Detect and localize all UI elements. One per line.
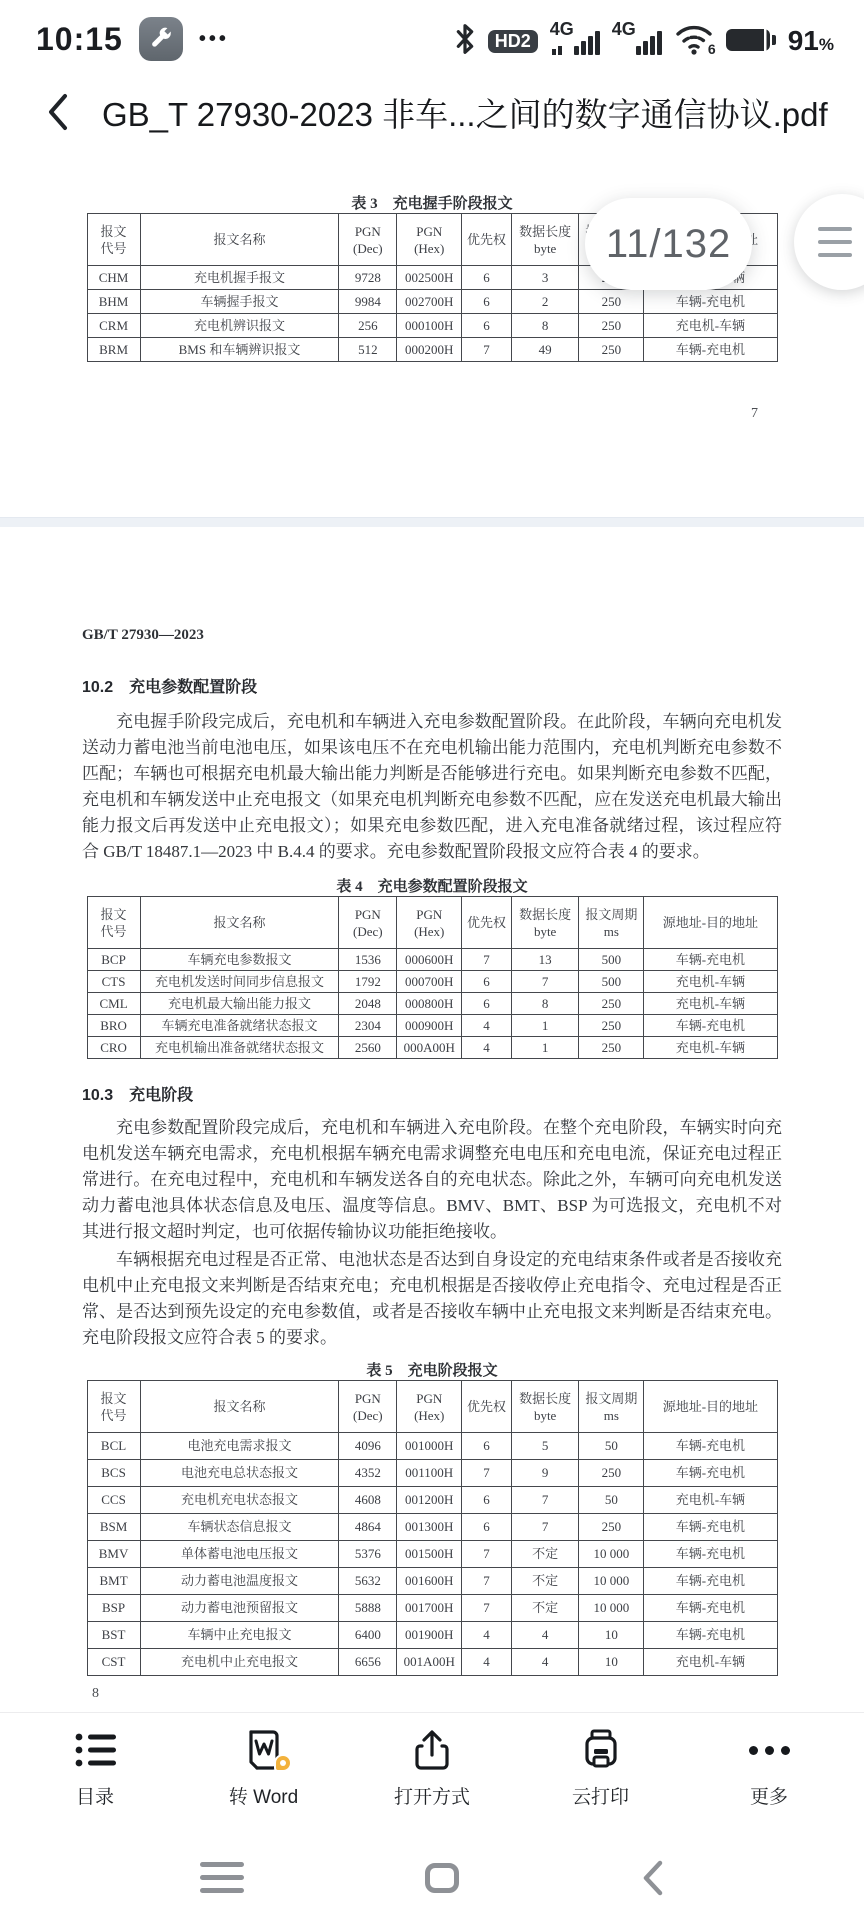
share-open-icon bbox=[408, 1726, 456, 1774]
table-cell: 001300H bbox=[397, 1514, 462, 1541]
toolbar-item-to-word[interactable]: 转 Word bbox=[209, 1726, 319, 1835]
column-header: 数据长度 byte bbox=[511, 214, 579, 266]
table-cell: BST bbox=[87, 1622, 140, 1649]
table-cell: 001500H bbox=[397, 1541, 462, 1568]
table-cell: 充电机-车辆 bbox=[644, 971, 777, 993]
table-cell: 充电机-车辆 bbox=[644, 1037, 777, 1059]
table-cell: CRM bbox=[87, 314, 140, 338]
table-cell: 7 bbox=[511, 1514, 579, 1541]
table-cell: 6 bbox=[462, 1487, 512, 1514]
table-cell: 2304 bbox=[339, 1015, 397, 1037]
table-cell: BHM bbox=[87, 290, 140, 314]
table-cell: 单体蓄电池电压报文 bbox=[140, 1541, 339, 1568]
table-row: BCL电池充电需求报文4096001000H6550车辆-充电机 bbox=[87, 1433, 777, 1460]
table-cell: BSP bbox=[87, 1595, 140, 1622]
table-cell: BCL bbox=[87, 1433, 140, 1460]
toolbar-item-more[interactable]: 更多 bbox=[714, 1726, 824, 1835]
table-cell: 充电机-车辆 bbox=[644, 1649, 777, 1676]
table-cell: 充电机辨识报文 bbox=[140, 314, 339, 338]
table-cell: 9 bbox=[511, 1460, 579, 1487]
table-cell: 1 bbox=[511, 1037, 579, 1059]
table-cell: CST bbox=[87, 1649, 140, 1676]
document-title: GB_T 27930-2023 非车...之间的数字通信协议.pdf bbox=[102, 89, 828, 136]
table-cell: 250 bbox=[579, 290, 644, 314]
table-cell: 256 bbox=[339, 314, 397, 338]
table-cell: 充电机充电状态报文 bbox=[140, 1487, 339, 1514]
table-cell: 车辆-充电机 bbox=[644, 1568, 777, 1595]
table-cell: 车辆-充电机 bbox=[644, 1460, 777, 1487]
table-cell: 500 bbox=[579, 971, 644, 993]
table-cell: 10 000 bbox=[579, 1595, 644, 1622]
toolbar-item-cloud-print[interactable]: 云打印 bbox=[546, 1726, 656, 1835]
status-more-dots: ••• bbox=[199, 28, 229, 51]
column-header: 优先权 bbox=[462, 1381, 512, 1433]
table-cell: BCS bbox=[87, 1460, 140, 1487]
table-row: BRO车辆充电准备就绪状态报文2304000900H41250车辆-充电机 bbox=[87, 1015, 777, 1037]
pdf-page-8: GB/T 27930—2023 10.2 充电参数配置阶段 充电握手阶段完成后，… bbox=[0, 527, 864, 1712]
table-cell: 4352 bbox=[339, 1460, 397, 1487]
page8-number: 8 bbox=[82, 1686, 782, 1702]
table-cell: 动力蓄电池温度报文 bbox=[140, 1568, 339, 1595]
status-time: 10:15 bbox=[36, 21, 123, 58]
wrench-icon bbox=[148, 26, 174, 52]
table-cell: 250 bbox=[579, 1514, 644, 1541]
table-cell: 6 bbox=[462, 290, 512, 314]
table-cell: 车辆充电参数报文 bbox=[140, 949, 339, 971]
table-cell: 车辆中止充电报文 bbox=[140, 1622, 339, 1649]
table4-config-stage-messages: 报文 代号报文名称PGN (Dec)PGN (Hex)优先权数据长度 byte报… bbox=[87, 896, 778, 1059]
table-row: BRMBMS 和车辆辨识报文512000200H749250车辆-充电机 bbox=[87, 338, 777, 362]
premium-badge bbox=[274, 1754, 292, 1772]
table-cell: BMS 和车辆辨识报文 bbox=[140, 338, 339, 362]
page7-number: 7 bbox=[82, 406, 782, 422]
column-header: PGN (Dec) bbox=[339, 214, 397, 266]
table-cell: 000200H bbox=[397, 338, 462, 362]
table-cell: 000900H bbox=[397, 1015, 462, 1037]
column-header: PGN (Hex) bbox=[397, 897, 462, 949]
table-cell: 1536 bbox=[339, 949, 397, 971]
table-cell: CTS bbox=[87, 971, 140, 993]
tools-app-icon bbox=[139, 17, 183, 61]
table-cell: 001A00H bbox=[397, 1649, 462, 1676]
table-cell: 7 bbox=[462, 949, 512, 971]
table-cell: 6656 bbox=[339, 1649, 397, 1676]
table-cell: 6 bbox=[462, 1514, 512, 1541]
table-row: CST充电机中止充电报文6656001A00H4410充电机-车辆 bbox=[87, 1649, 777, 1676]
battery-percent: 91% bbox=[788, 25, 834, 57]
table-cell: 6 bbox=[462, 971, 512, 993]
column-header: 优先权 bbox=[462, 214, 512, 266]
table-cell: 3 bbox=[511, 266, 579, 290]
table-cell: 2048 bbox=[339, 993, 397, 1015]
column-header: 报文名称 bbox=[140, 897, 339, 949]
table-cell: 车辆-充电机 bbox=[644, 1514, 777, 1541]
more-icon bbox=[749, 1726, 790, 1774]
table-cell: 车辆-充电机 bbox=[644, 338, 777, 362]
table-cell: 001000H bbox=[397, 1433, 462, 1460]
table-cell: 13 bbox=[511, 949, 579, 971]
table-cell: 000600H bbox=[397, 949, 462, 971]
table-row: BSM车辆状态信息报文4864001300H67250车辆-充电机 bbox=[87, 1514, 777, 1541]
table-cell: 充电机-车辆 bbox=[644, 314, 777, 338]
toc-list-icon bbox=[71, 1726, 119, 1774]
column-header: 报文名称 bbox=[140, 214, 339, 266]
table-cell: 512 bbox=[339, 338, 397, 362]
table-cell: 6 bbox=[462, 993, 512, 1015]
table-cell: 001900H bbox=[397, 1622, 462, 1649]
table-row: CRO充电机输出准备就绪状态报文2560000A00H41250充电机-车辆 bbox=[87, 1037, 777, 1059]
column-header: PGN (Hex) bbox=[397, 214, 462, 266]
table-cell: 7 bbox=[462, 1460, 512, 1487]
table-cell: 充电机-车辆 bbox=[644, 1487, 777, 1514]
table-cell: 充电机握手报文 bbox=[140, 266, 339, 290]
table-cell: 7 bbox=[462, 1541, 512, 1568]
table-cell: 4 bbox=[511, 1649, 579, 1676]
table-cell: 电池充电总状态报文 bbox=[140, 1460, 339, 1487]
section-10-3-paragraph-2: 车辆根据充电过程是否正常、电池状态是否达到自身设定的充电结束条件或者是否接收充电… bbox=[82, 1247, 782, 1351]
column-header: 报文 代号 bbox=[87, 897, 140, 949]
column-header: 数据长度 byte bbox=[511, 897, 579, 949]
table-cell: 000800H bbox=[397, 993, 462, 1015]
table-row: CML充电机最大输出能力报文2048000800H68250充电机-车辆 bbox=[87, 993, 777, 1015]
column-header: 源地址-目的地址 bbox=[644, 897, 777, 949]
table-cell: 250 bbox=[579, 1037, 644, 1059]
table-cell: 充电机中止充电报文 bbox=[140, 1649, 339, 1676]
bluetooth-icon bbox=[454, 23, 476, 55]
table-cell: 2560 bbox=[339, 1037, 397, 1059]
toolbar-item-open-with[interactable]: 打开方式 bbox=[377, 1726, 487, 1835]
back-button[interactable] bbox=[44, 92, 70, 132]
table-cell: CHM bbox=[87, 266, 140, 290]
table-cell: 4 bbox=[462, 1622, 512, 1649]
table-cell: 车辆握手报文 bbox=[140, 290, 339, 314]
printer-icon bbox=[577, 1726, 625, 1774]
standard-number-header: GB/T 27930—2023 bbox=[82, 625, 782, 645]
page-indicator-pill: 11/132 bbox=[585, 198, 752, 290]
table-cell: BRM bbox=[87, 338, 140, 362]
table-cell: 002700H bbox=[397, 290, 462, 314]
section-10-2-heading: 10.2 充电参数配置阶段 bbox=[82, 677, 782, 699]
table-cell: 车辆-充电机 bbox=[644, 1433, 777, 1460]
table-cell: 000700H bbox=[397, 971, 462, 993]
table-cell: 充电机-车辆 bbox=[644, 993, 777, 1015]
table-row: CRM充电机辨识报文256000100H68250充电机-车辆 bbox=[87, 314, 777, 338]
table5-caption: 表 5 充电阶段报文 bbox=[82, 1359, 782, 1380]
title-bar: GB_T 27930-2023 非车...之间的数字通信协议.pdf bbox=[0, 72, 864, 152]
sim1-signal-icon: 4G bbox=[550, 19, 600, 59]
table-cell: 250 bbox=[579, 314, 644, 338]
column-header: 源地址-目的地址 bbox=[644, 1381, 777, 1433]
word-convert-icon bbox=[240, 1726, 288, 1774]
table4-caption: 表 4 充电参数配置阶段报文 bbox=[82, 875, 782, 896]
table-cell: 车辆-充电机 bbox=[644, 290, 777, 314]
table-cell: 001200H bbox=[397, 1487, 462, 1514]
column-header: 报文 代号 bbox=[87, 214, 140, 266]
table-cell: 7 bbox=[462, 1568, 512, 1595]
table-cell: 250 bbox=[579, 993, 644, 1015]
table-row: BSP动力蓄电池预留报文5888001700H7不定10 000车辆-充电机 bbox=[87, 1595, 777, 1622]
section-10-2-paragraph: 充电握手阶段完成后，充电机和车辆进入充电参数配置阶段。在此阶段，车辆向充电机发送… bbox=[82, 709, 782, 865]
nav-back-button[interactable] bbox=[640, 1859, 664, 1897]
table-row: CTS充电机发送时间同步信息报文1792000700H67500充电机-车辆 bbox=[87, 971, 777, 993]
hd-volte-badge: HD2 bbox=[488, 30, 538, 53]
table-cell: 4 bbox=[462, 1015, 512, 1037]
table-cell: 4864 bbox=[339, 1514, 397, 1541]
table-cell: 000A00H bbox=[397, 1037, 462, 1059]
pdf-viewer-screen: 10:15 ••• HD2 4G 4G bbox=[0, 0, 864, 1920]
battery-icon bbox=[726, 29, 776, 51]
wifi-icon: 6 bbox=[674, 21, 714, 59]
table-cell: 5 bbox=[511, 1433, 579, 1460]
table-cell: 6 bbox=[462, 314, 512, 338]
menu-icon bbox=[818, 227, 852, 231]
column-header: 报文周期 ms bbox=[579, 1381, 644, 1433]
table-cell: 4096 bbox=[339, 1433, 397, 1460]
page-separator bbox=[0, 517, 864, 527]
table-row: CCS充电机充电状态报文4608001200H6750充电机-车辆 bbox=[87, 1487, 777, 1514]
table-cell: 10 000 bbox=[579, 1568, 644, 1595]
table-row: BST车辆中止充电报文6400001900H4410车辆-充电机 bbox=[87, 1622, 777, 1649]
table-cell: 车辆-充电机 bbox=[644, 1622, 777, 1649]
table-cell: 250 bbox=[579, 338, 644, 362]
table-cell: 6400 bbox=[339, 1622, 397, 1649]
table-cell: 5888 bbox=[339, 1595, 397, 1622]
table-cell: BSM bbox=[87, 1514, 140, 1541]
table-cell: 充电机发送时间同步信息报文 bbox=[140, 971, 339, 993]
table-cell: 8 bbox=[511, 314, 579, 338]
android-nav-bar bbox=[0, 1835, 864, 1920]
table-cell: 7 bbox=[462, 338, 512, 362]
table-cell: BMT bbox=[87, 1568, 140, 1595]
table-cell: 001700H bbox=[397, 1595, 462, 1622]
table-cell: 4608 bbox=[339, 1487, 397, 1514]
table-cell: 车辆-充电机 bbox=[644, 949, 777, 971]
table-cell: 不定 bbox=[511, 1568, 579, 1595]
table-cell: BMV bbox=[87, 1541, 140, 1568]
table-row: BHM车辆握手报文9984002700H62250车辆-充电机 bbox=[87, 290, 777, 314]
table-header-row: 报文 代号报文名称PGN (Dec)PGN (Hex)优先权数据长度 byte报… bbox=[87, 1381, 777, 1433]
table-cell: 50 bbox=[579, 1433, 644, 1460]
toolbar-item-toc[interactable]: 目录 bbox=[40, 1726, 150, 1835]
table-cell: 5376 bbox=[339, 1541, 397, 1568]
column-header: 优先权 bbox=[462, 897, 512, 949]
table-cell: 动力蓄电池预留报文 bbox=[140, 1595, 339, 1622]
table-cell: 7 bbox=[511, 1487, 579, 1514]
column-header: PGN (Hex) bbox=[397, 1381, 462, 1433]
table-cell: BRO bbox=[87, 1015, 140, 1037]
table-cell: 4 bbox=[462, 1037, 512, 1059]
pdf-page-7: 表 3 充电握手阶段报文 报文 代号报文名称PGN (Dec)PGN (Hex)… bbox=[0, 152, 864, 517]
table-cell: 001600H bbox=[397, 1568, 462, 1595]
table-cell: CCS bbox=[87, 1487, 140, 1514]
table-cell: 车辆充电准备就绪状态报文 bbox=[140, 1015, 339, 1037]
table-cell: 不定 bbox=[511, 1595, 579, 1622]
column-header: 报文名称 bbox=[140, 1381, 339, 1433]
table-cell: 50 bbox=[579, 1487, 644, 1514]
section-10-3-paragraph-1: 充电参数配置阶段完成后，充电机和车辆进入充电阶段。在整个充电阶段，车辆实时向充电… bbox=[82, 1115, 782, 1245]
table-cell: 10 bbox=[579, 1649, 644, 1676]
table-cell: 1 bbox=[511, 1015, 579, 1037]
table-cell: 10 000 bbox=[579, 1541, 644, 1568]
table-cell: 车辆-充电机 bbox=[644, 1541, 777, 1568]
table-cell: 9728 bbox=[339, 266, 397, 290]
table-row: BCP车辆充电参数报文1536000600H713500车辆-充电机 bbox=[87, 949, 777, 971]
nav-menu-button[interactable] bbox=[200, 1862, 244, 1893]
column-header: 报文周期 ms bbox=[579, 897, 644, 949]
table-cell: 充电机最大输出能力报文 bbox=[140, 993, 339, 1015]
table-cell: 8 bbox=[511, 993, 579, 1015]
table-cell: 000100H bbox=[397, 314, 462, 338]
table-cell: 002500H bbox=[397, 266, 462, 290]
table-cell: 4 bbox=[511, 1622, 579, 1649]
section-10-3-heading: 10.3 充电阶段 bbox=[82, 1085, 782, 1107]
table-cell: 250 bbox=[579, 1015, 644, 1037]
table-cell: 49 bbox=[511, 338, 579, 362]
bottom-toolbar: 目录 转 Word 打开方式 bbox=[0, 1712, 864, 1835]
table-cell: 6 bbox=[462, 266, 512, 290]
table-cell: 电池充电需求报文 bbox=[140, 1433, 339, 1460]
table-cell: 7 bbox=[462, 1595, 512, 1622]
table-cell: 500 bbox=[579, 949, 644, 971]
table-cell: 7 bbox=[511, 971, 579, 993]
table-cell: 10 bbox=[579, 1622, 644, 1649]
sim2-signal-icon: 4G bbox=[612, 19, 662, 59]
table-cell: 6 bbox=[462, 1433, 512, 1460]
table-cell: CML bbox=[87, 993, 140, 1015]
table-cell: 车辆-充电机 bbox=[644, 1015, 777, 1037]
table-cell: BCP bbox=[87, 949, 140, 971]
table-row: BCS电池充电总状态报文4352001100H79250车辆-充电机 bbox=[87, 1460, 777, 1487]
table-cell: 1792 bbox=[339, 971, 397, 993]
status-bar: 10:15 ••• HD2 4G 4G bbox=[0, 0, 864, 72]
column-header: 数据长度 byte bbox=[511, 1381, 579, 1433]
table-cell: 2 bbox=[511, 290, 579, 314]
column-header: 报文 代号 bbox=[87, 1381, 140, 1433]
table-cell: 车辆状态信息报文 bbox=[140, 1514, 339, 1541]
table-row: BMV单体蓄电池电压报文5376001500H7不定10 000车辆-充电机 bbox=[87, 1541, 777, 1568]
table-row: BMT动力蓄电池温度报文5632001600H7不定10 000车辆-充电机 bbox=[87, 1568, 777, 1595]
table-header-row: 报文 代号报文名称PGN (Dec)PGN (Hex)优先权数据长度 byte报… bbox=[87, 897, 777, 949]
table-cell: 充电机输出准备就绪状态报文 bbox=[140, 1037, 339, 1059]
table-cell: 4 bbox=[462, 1649, 512, 1676]
table-cell: 不定 bbox=[511, 1541, 579, 1568]
table-cell: 9984 bbox=[339, 290, 397, 314]
table5-charging-stage-messages: 报文 代号报文名称PGN (Dec)PGN (Hex)优先权数据长度 byte报… bbox=[87, 1380, 778, 1676]
table-cell: 001100H bbox=[397, 1460, 462, 1487]
column-header: PGN (Dec) bbox=[339, 897, 397, 949]
table-cell: 250 bbox=[579, 1460, 644, 1487]
nav-home-button[interactable] bbox=[425, 1863, 459, 1893]
table-cell: 5632 bbox=[339, 1568, 397, 1595]
table-cell: 车辆-充电机 bbox=[644, 1595, 777, 1622]
table-cell: CRO bbox=[87, 1037, 140, 1059]
column-header: PGN (Dec) bbox=[339, 1381, 397, 1433]
